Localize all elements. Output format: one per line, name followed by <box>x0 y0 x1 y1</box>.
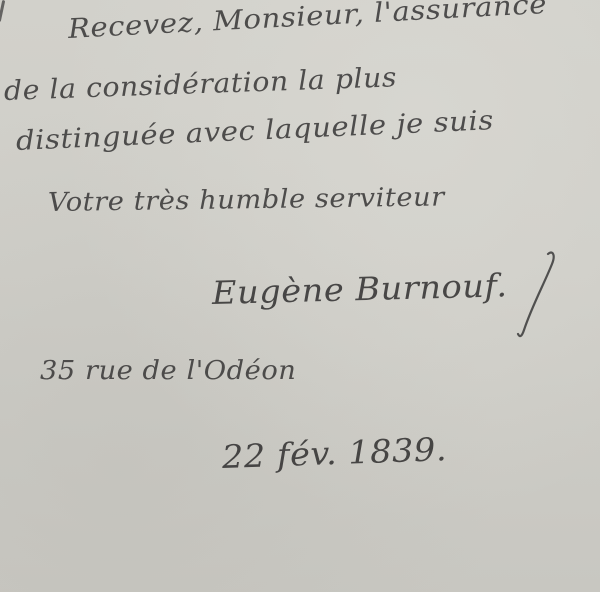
letter-date: 22 fév. 1839. <box>221 430 447 476</box>
closing-line-4: Votre très humble serviteur <box>48 182 445 218</box>
sender-address: 35 rue de l'Odéon <box>40 356 296 386</box>
margin-ink-stroke <box>0 0 5 22</box>
signature-flourish <box>480 250 570 340</box>
closing-line-2: de la considération la plus <box>3 62 397 107</box>
signature: Eugène Burnouf. <box>212 266 508 312</box>
letter-page: Recevez, Monsieur, l'assurance de la con… <box>0 0 600 592</box>
closing-line-3: distinguée avec laquelle je suis <box>15 105 494 157</box>
closing-line-1: Recevez, Monsieur, l'assurance <box>67 0 548 45</box>
